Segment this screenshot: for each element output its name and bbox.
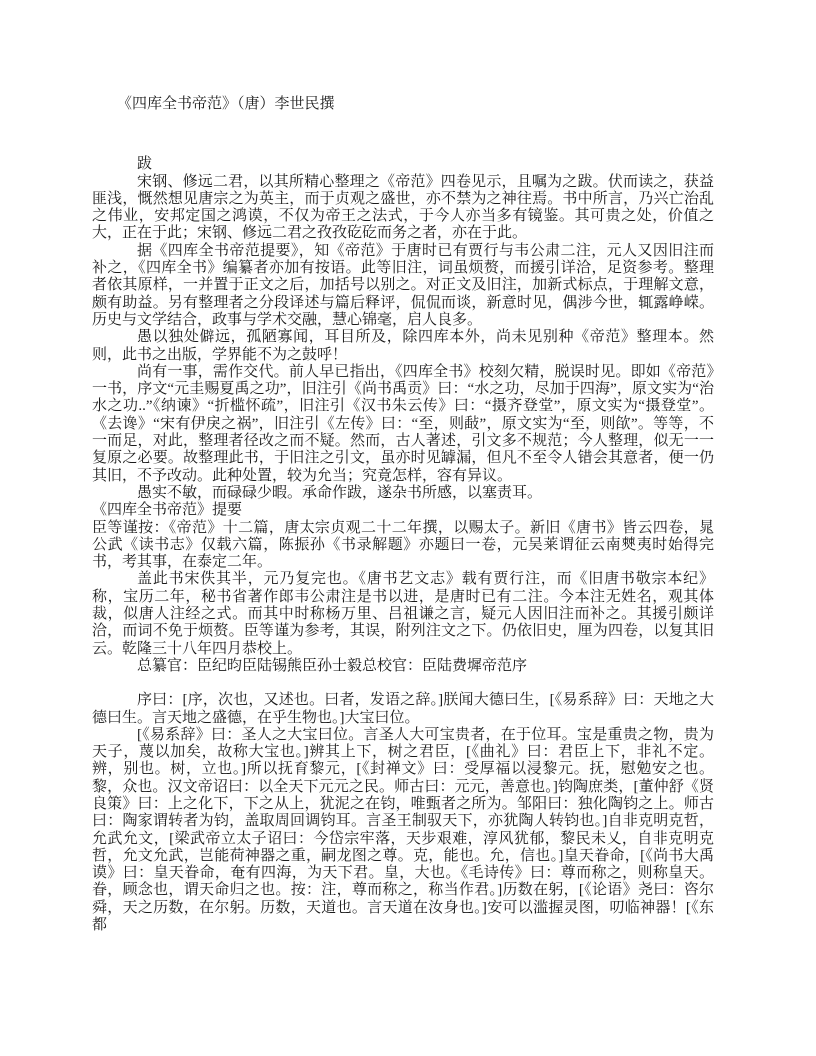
postscript-paragraph-3: 愚以独处僻远，孤陋寡闻，耳目所及，除四库本外，尚未见别种《帝范》整理本。然则，此… bbox=[92, 329, 714, 364]
preface-paragraph-2: [《易系辞》曰：圣人之大宝曰位。言圣人大可宝贵者，在于位耳。宝是重贵之物，贵为天… bbox=[92, 727, 714, 935]
compilers-line: 总纂官：臣纪昀臣陆锡熊臣孙士毅总校官：臣陆费墀帝范序 bbox=[92, 658, 714, 675]
abstract-heading: 《四库全书帝范》提要 bbox=[92, 502, 714, 519]
postscript-heading: 跋 bbox=[92, 156, 714, 173]
abstract-paragraph-1: 臣等谨按：《帝范》十二篇，唐太宗贞观二十二年撰，以赐太子。新旧《唐书》皆云四卷，… bbox=[92, 520, 714, 572]
preface-paragraph-1: 序曰：[序，次也，又述也。曰者，发语之辞。]朕闻大德曰生，[《易系辞》曰：天地之… bbox=[92, 692, 714, 727]
document-content: 《四库全书帝范》（唐）李世民撰 跋 宋钢、修远二君，以其所精心整理之《帝范》四卷… bbox=[92, 96, 714, 934]
abstract-paragraph-2: 盖此书宋佚其半，元乃复完也。《唐书艺文志》载有贾行注，而《旧唐书敬宗本纪》称，宝… bbox=[92, 571, 714, 657]
postscript-paragraph-1: 宋钢、修远二君，以其所精心整理之《帝范》四卷见示，且嘱为之跋。伏而读之，获益匪浅… bbox=[92, 174, 714, 243]
postscript-paragraph-5: 愚实不敏，而碌碌少暇。承命作跋，遂杂书所感，以塞责耳。 bbox=[92, 485, 714, 502]
postscript-paragraph-2: 据《四库全书帝范提要》，知《帝范》于唐时已有贾行与韦公肃二注，元人又因旧注而补之… bbox=[92, 243, 714, 329]
page-title: 《四库全书帝范》（唐）李世民撰 bbox=[117, 96, 714, 113]
postscript-paragraph-4: 尚有一事，需作交代。前人早已指出，《四库全书》校刻欠精，脱误时见。即如《帝范》一… bbox=[92, 364, 714, 485]
document-page: 《四库全书帝范》（唐）李世民撰 跋 宋钢、修远二君，以其所精心整理之《帝范》四卷… bbox=[0, 0, 816, 1056]
